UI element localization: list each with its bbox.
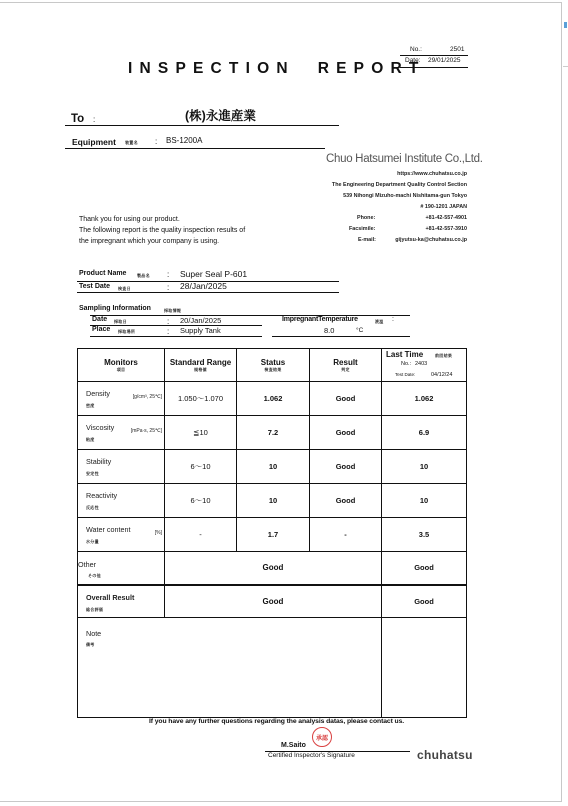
last-time-value: 3.5 [382, 518, 467, 552]
status-value: 1.062 [237, 382, 310, 416]
table-row: Water content[%]水分量-1.7-3.5 [78, 518, 467, 552]
equipment-label: Equipment [72, 137, 116, 147]
last-time-value: 6.9 [382, 416, 467, 450]
monitor-jp: 粘度 [86, 437, 95, 443]
header-monitors-jp: 項目 [78, 367, 164, 373]
divider [90, 336, 262, 337]
test-date-colon: : [167, 283, 169, 292]
last-time-value: 10 [382, 484, 467, 518]
divider [400, 55, 468, 56]
company-url[interactable]: https://www.chuhatsu.co.jp [397, 171, 467, 177]
note-label: Note [86, 629, 101, 638]
monitor-cell: Stability安定性 [78, 450, 165, 484]
signature-label: Certified Inspector's Signature [268, 752, 355, 759]
sampling-place-jp: 採取場所 [118, 329, 135, 335]
phone-value: +81-42-557-4901 [425, 215, 467, 221]
report-date-value: 29/01/2025 [428, 57, 461, 64]
sampling-jp: 採取情報 [164, 308, 181, 314]
email-value[interactable]: gijyutsu-ka@chuhatsu.co.jp [395, 237, 467, 243]
product-name-value: Super Seal P-601 [180, 269, 247, 279]
overall-last-text: Good [414, 597, 434, 606]
company-address: 539 Nihongi Mizuho-machi Nishitama-gun T… [343, 193, 467, 199]
sampling-label: Sampling Information [79, 305, 151, 312]
divider [90, 315, 410, 316]
chuhatsu-logo: chuhatsu [417, 748, 473, 762]
sampling-place-value: Supply Tank [180, 326, 221, 335]
monitor-unit: [g/cm³, 25℃] [133, 394, 162, 400]
result-value: Good [310, 450, 382, 484]
report-date-label: Date: [405, 57, 421, 64]
header-status-label: Status [237, 358, 309, 367]
overall-jp: 総合評価 [86, 607, 103, 613]
other-jp: その他 [88, 573, 101, 579]
header-last-time: Last Time 前回結果 No.: 2403 Test Date: 04/1… [382, 349, 467, 382]
stamp-text: 承認 [316, 733, 328, 742]
standard-range: ≦10 [165, 416, 237, 450]
monitor-name: Reactivity [86, 491, 117, 500]
other-label-cell: Other その他 [78, 552, 165, 585]
table-row: Stability安定性6～1010Good10 [78, 450, 467, 484]
temperature-unit: °C [356, 327, 363, 334]
other-value-text: Good [263, 563, 284, 572]
header-last-jp: 前回結果 [435, 353, 452, 359]
last-time-value: 10 [382, 450, 467, 484]
test-date-value: 28/Jan/2025 [180, 281, 227, 291]
table-row-other: Other その他 Good Good [78, 552, 467, 585]
divider [77, 292, 339, 293]
divider [90, 325, 262, 326]
other-last-text: Good [414, 563, 434, 572]
monitor-name: Viscosity [86, 423, 114, 432]
company-postal: # 190-1201 JAPAN [420, 204, 467, 210]
intro-line: the impregnant which your company is usi… [79, 236, 245, 247]
inspector-name: M.Saito [281, 742, 306, 749]
divider [272, 336, 410, 337]
standard-range: - [165, 518, 237, 552]
sampling-place-colon: : [167, 327, 169, 336]
overall-value: Good [165, 585, 382, 618]
overall-label-cell: Overall Result 総合評価 [78, 585, 165, 618]
sampling-place-label: Place [92, 326, 110, 333]
contact-text: If you have any further questions regard… [149, 718, 404, 725]
report-no-value: 2501 [450, 46, 464, 53]
table-row-overall: Overall Result 総合評価 Good Good [78, 585, 467, 618]
result-value: - [310, 518, 382, 552]
result-value: Good [310, 484, 382, 518]
equipment-colon: : [155, 137, 157, 146]
scrollbar-marker[interactable] [564, 22, 567, 28]
note-cell[interactable]: Note 備考 [78, 618, 382, 718]
table-row: Density[g/cm³, 25℃]密度1.050～1.0701.062Goo… [78, 382, 467, 416]
header-result-label: Result [310, 358, 381, 367]
header-range-label: Standard Range [165, 358, 236, 367]
table-row: Viscosity[mPa·s, 25℃]粘度≦107.2Good6.9 [78, 416, 467, 450]
monitor-cell: Water content[%]水分量 [78, 518, 165, 552]
last-no-label: No.: [401, 361, 411, 367]
monitor-jp: 安定性 [86, 471, 99, 477]
header-range: Standard Range規格値 [165, 349, 237, 382]
header-range-jp: 規格値 [165, 367, 236, 373]
inspector-stamp: 承認 [312, 727, 332, 747]
header-monitors-label: Monitors [78, 358, 164, 367]
table-header-row: Monitors項目 Standard Range規格値 Status検査結果 … [78, 349, 467, 382]
temperature-value: 8.0 [324, 326, 334, 335]
overall-value-text: Good [263, 597, 284, 606]
status-value: 7.2 [237, 416, 310, 450]
overall-last: Good [382, 585, 467, 618]
phone-label: Phone: [357, 215, 375, 221]
last-time-value: 1.062 [382, 382, 467, 416]
report-no-label: No.: [410, 46, 422, 53]
header-result: Result判定 [310, 349, 382, 382]
scrollbar-divider [563, 66, 568, 67]
to-colon: : [93, 115, 95, 124]
monitor-cell: Reactivity反応性 [78, 484, 165, 518]
sampling-date-label: Date [92, 316, 107, 323]
to-label: To [71, 113, 84, 125]
divider [400, 67, 468, 68]
divider [65, 125, 339, 126]
last-no-value: 2403 [415, 361, 427, 367]
monitor-cell: Viscosity[mPa·s, 25℃]粘度 [78, 416, 165, 450]
note-jp: 備考 [86, 642, 95, 648]
header-status: Status検査結果 [237, 349, 310, 382]
note-last-cell [382, 618, 467, 718]
status-value: 10 [237, 484, 310, 518]
product-name-label: Product Name [79, 270, 126, 277]
monitor-name: Density [86, 389, 110, 398]
last-date-value: 04/12/24 [431, 372, 452, 378]
company-department: The Engineering Department Quality Contr… [332, 182, 467, 188]
other-last: Good [382, 552, 467, 585]
temperature-label: ImpregnantTemperature [282, 316, 358, 323]
header-monitors: Monitors項目 [78, 349, 165, 382]
status-value: 1.7 [237, 518, 310, 552]
sampling-date-value: 20/Jan/2025 [180, 316, 221, 325]
monitor-jp: 密度 [86, 403, 95, 409]
standard-range: 1.050～1.070 [165, 382, 237, 416]
company-name: Chuo Hatsumei Institute Co.,Ltd. [326, 153, 483, 165]
report-title: INSPECTION REPORT [128, 60, 426, 78]
divider [65, 148, 325, 149]
table-row: Reactivity反応性6～1010Good10 [78, 484, 467, 518]
product-name-jp: 製品名 [137, 273, 150, 279]
table-row-note: Note 備考 [78, 618, 467, 718]
header-result-jp: 判定 [310, 367, 381, 373]
temperature-colon: : [392, 316, 394, 323]
standard-range: 6～10 [165, 450, 237, 484]
header-status-jp: 検査結果 [237, 367, 309, 373]
equipment-value: BS-1200A [166, 136, 202, 145]
results-table: Monitors項目 Standard Range規格値 Status検査結果 … [77, 348, 467, 718]
result-value: Good [310, 416, 382, 450]
monitor-jp: 水分量 [86, 539, 99, 545]
intro-text: Thank you for using our product. The fol… [79, 214, 245, 247]
monitor-unit: [%] [155, 530, 162, 536]
header-last-label: Last Time [386, 350, 423, 359]
result-value: Good [310, 382, 382, 416]
fax-value: +81-42-557-3910 [425, 226, 467, 232]
intro-line: The following report is the quality insp… [79, 225, 245, 236]
other-value: Good [165, 552, 382, 585]
email-label: E-mail: [358, 237, 376, 243]
monitor-cell: Density[g/cm³, 25℃]密度 [78, 382, 165, 416]
intro-line: Thank you for using our product. [79, 214, 245, 225]
recipient-name: (株)永進産業 [185, 106, 256, 124]
test-date-label: Test Date [79, 283, 110, 290]
monitor-name: Water content [86, 525, 130, 534]
temperature-jp: 液温 [375, 319, 384, 325]
equipment-jp-label: 装置名 [125, 140, 138, 146]
overall-label: Overall Result [86, 593, 134, 602]
last-date-label: Test Date: [395, 372, 415, 377]
monitor-unit: [mPa·s, 25℃] [131, 428, 162, 434]
monitor-jp: 反応性 [86, 505, 99, 511]
status-value: 10 [237, 450, 310, 484]
other-label: Other [78, 560, 96, 569]
product-colon: : [167, 270, 169, 279]
monitor-name: Stability [86, 457, 111, 466]
standard-range: 6～10 [165, 484, 237, 518]
fax-label: Facsimile: [349, 226, 375, 232]
